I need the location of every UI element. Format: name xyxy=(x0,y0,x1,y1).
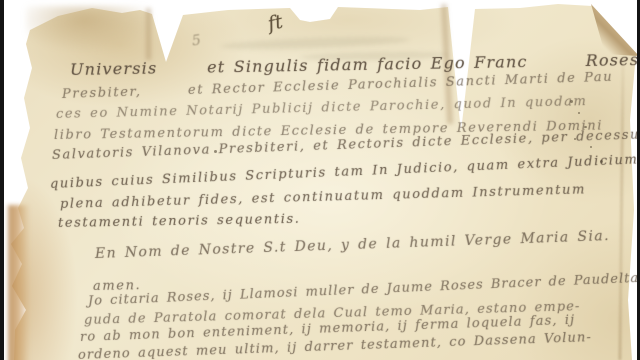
manuscript-line: testamenti tenoris sequentis. xyxy=(58,212,301,231)
manuscript-line: En Nom de Nostre S.t Deu, y de la humil … xyxy=(95,228,610,262)
left-frame-bar xyxy=(0,0,4,360)
handwritten-text-layer: Universis et Singulis fidam facio Ego Fr… xyxy=(0,0,640,360)
photo-of-manuscript: ft 5 Universis et Singulis fidam facio E… xyxy=(0,0,640,360)
